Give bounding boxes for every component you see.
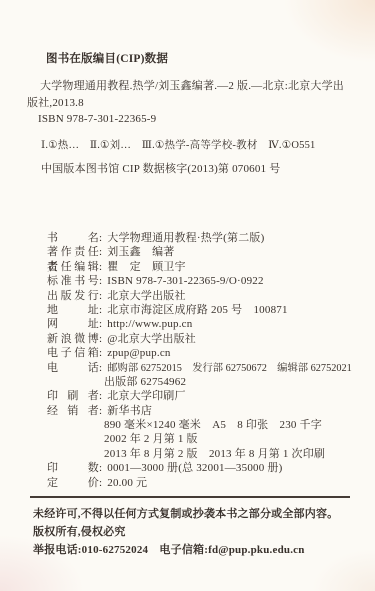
- colophon-value: 0001—3000 册(总 32001—35000 册): [107, 461, 282, 475]
- colophon-value: 北京大学出版社: [107, 289, 185, 303]
- colophon-label: 电子信箱: [47, 346, 99, 360]
- colophon-value: 瞿 定 顾卫宇: [107, 260, 185, 274]
- colophon-value: 刘玉鑫 编著: [107, 245, 174, 259]
- colophon-label: 新浪微博: [47, 332, 99, 346]
- colophon-value: 2002 年 2 月第 1 版: [104, 432, 198, 446]
- colophon-row-editor: 责任编辑: 瞿 定 顾卫宇: [47, 260, 353, 274]
- colophon-row-address: 地址: 北京市海淀区成府路 205 号 100871: [47, 303, 353, 317]
- colophon-colon: :: [99, 317, 102, 331]
- colophon-value: 大学物理通用教程·热学(第二版): [107, 231, 264, 245]
- colophon-colon: :: [99, 332, 102, 346]
- cip-heading: 图书在版编目(CIP)数据: [46, 50, 353, 66]
- cip-classification: Ⅰ.①热… Ⅱ.①刘… Ⅲ.①热学-高等学校-教材 Ⅳ.①O551: [41, 137, 353, 152]
- colophon-label: 地址: [47, 303, 99, 317]
- colophon-value: 邮购部 62752015 发行部 62750672 编辑部 62752021: [107, 362, 352, 376]
- colophon-label: 出版发行: [47, 289, 99, 303]
- divider-rule: [30, 496, 350, 498]
- colophon-row-printer: 印刷者: 北京大学印刷厂: [47, 389, 353, 403]
- colophon-label: 印刷者: [47, 389, 99, 403]
- colophon-row-distributor: 经销者: 新华书店: [47, 404, 353, 418]
- colophon-row-phone: 电话: 邮购部 62752015 发行部 62750672 编辑部 627520…: [47, 361, 353, 375]
- colophon-row-price: 定价: 20.00 元: [47, 476, 353, 490]
- colophon-row-weibo: 新浪微博: @北京大学出版社: [47, 332, 353, 346]
- colophon-row-isbn: 标准书号: ISBN 978-7-301-22365-9/O·0922: [47, 274, 353, 288]
- colophon-value: 2013 年 8 月第 2 版 2013 年 8 月第 1 次印刷: [104, 447, 325, 461]
- colophon-label: 网址: [47, 317, 99, 331]
- colophon-label: 印数: [47, 461, 99, 475]
- cip-isbn: ISBN 978-7-301-22365-9: [38, 113, 353, 125]
- colophon-value: ISBN 978-7-301-22365-9/O·0922: [107, 274, 263, 288]
- colophon-colon: :: [99, 361, 102, 375]
- colophon-label: 书名: [47, 231, 99, 245]
- cip-record-number: 中国版本图书馆 CIP 数据核字(2013)第 070601 号: [41, 160, 353, 176]
- colophon-label: 责任编辑: [47, 260, 99, 274]
- colophon-label: 定价: [47, 476, 99, 490]
- colophon-label: 经销者: [47, 404, 99, 418]
- colophon-colon: :: [99, 346, 102, 360]
- colophon-colon: :: [99, 461, 102, 475]
- colophon-row-second-edition: 2013 年 8 月第 2 版 2013 年 8 月第 1 次印刷: [47, 447, 353, 461]
- colophon-value: 出版部 62754962: [104, 375, 186, 389]
- colophon-row-first-edition: 2002 年 2 月第 1 版: [47, 432, 353, 446]
- colophon-row-print-run: 印数: 0001—3000 册(总 32001—35000 册): [47, 461, 353, 475]
- colophon-value: 新华书店: [107, 404, 152, 418]
- colophon-value: zpup@pup.cn: [107, 346, 170, 360]
- colophon-colon: :: [99, 260, 102, 274]
- colophon-value: 北京大学印刷厂: [107, 389, 185, 403]
- colophon-colon: :: [99, 404, 102, 418]
- colophon-value: 北京市海淀区成府路 205 号 100871: [107, 303, 287, 317]
- colophon-section: 书名: 大学物理通用教程·热学(第二版) 著作责任者: 刘玉鑫 编著 责任编辑:…: [47, 231, 353, 490]
- copyright-notice-section: 未经许可,不得以任何方式复制或抄袭本书之部分或全部内容。 版权所有,侵权必究 举…: [33, 505, 353, 559]
- book-copyright-page: 图书在版编目(CIP)数据 大学物理通用教程.热学/刘玉鑫编著.—2 版.—北京…: [0, 0, 375, 591]
- colophon-value: 20.00 元: [107, 476, 147, 490]
- colophon-value: @北京大学出版社: [107, 332, 196, 346]
- colophon-row-title: 书名: 大学物理通用教程·热学(第二版): [47, 231, 353, 245]
- colophon-label: 标准书号: [47, 274, 99, 288]
- colophon-row-publisher: 出版发行: 北京大学出版社: [47, 289, 353, 303]
- colophon-row-phone-cont: 出版部 62754962: [47, 375, 353, 389]
- copyright-notice-line2: 版权所有,侵权必究: [33, 523, 353, 541]
- colophon-value: http://www.pup.cn: [107, 317, 192, 331]
- colophon-colon: :: [99, 274, 102, 288]
- colophon-colon: :: [99, 245, 102, 259]
- colophon-colon: :: [99, 289, 102, 303]
- colophon-value: 890 毫米×1240 毫米 A5 8 印张 230 千字: [104, 418, 322, 432]
- colophon-row-author: 著作责任者: 刘玉鑫 编著: [47, 245, 353, 259]
- colophon-row-email: 电子信箱: zpup@pup.cn: [47, 346, 353, 360]
- cip-data-section: 图书在版编目(CIP)数据 大学物理通用教程.热学/刘玉鑫编著.—2 版.—北京…: [27, 50, 353, 176]
- report-contact-line: 举报电话:010-62752024 电子信箱:fd@pup.pku.edu.cn: [33, 541, 353, 559]
- colophon-colon: :: [99, 303, 102, 317]
- copyright-notice-line1: 未经许可,不得以任何方式复制或抄袭本书之部分或全部内容。: [33, 505, 353, 523]
- cip-description: 大学物理通用教程.热学/刘玉鑫编著.—2 版.—北京:北京大学出版社,2013.…: [27, 78, 345, 111]
- colophon-colon: :: [99, 476, 102, 490]
- colophon-colon: :: [99, 389, 102, 403]
- colophon-row-format: 890 毫米×1240 毫米 A5 8 印张 230 千字: [47, 418, 353, 432]
- colophon-row-website: 网址: http://www.pup.cn: [47, 317, 353, 331]
- colophon-label: 电话: [47, 361, 99, 375]
- colophon-colon: :: [99, 231, 102, 245]
